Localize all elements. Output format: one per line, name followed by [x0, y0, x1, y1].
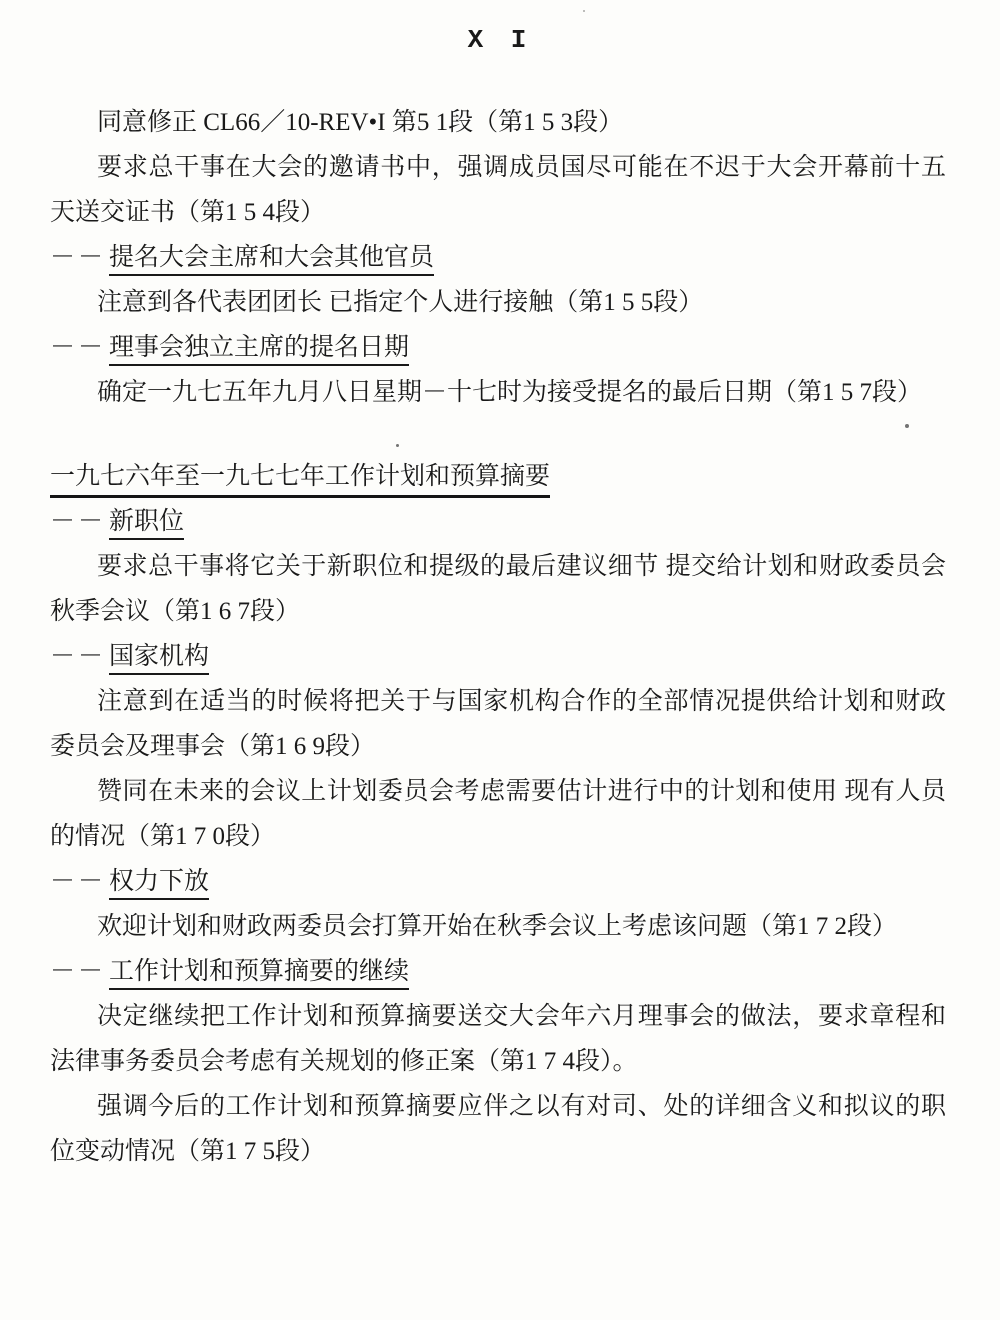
dash-prefix: －－ — [50, 958, 106, 985]
dash-heading: －－理事会独立主席的提名日期 — [50, 325, 946, 370]
page-number: X I — [0, 24, 1000, 56]
paragraph: 确定一九七五年九月八日星期－十七时为接受提名的最后日期（第1 5 7段） — [50, 370, 946, 415]
scan-speck — [396, 444, 399, 447]
paragraph: 要求总干事在大会的邀请书中，强调成员国尽可能在不迟于大会开幕前十五天送交证书（第… — [50, 145, 946, 235]
section-heading-title: 一九七六年至一九七七年工作计划和预算摘要 — [50, 463, 550, 498]
dash-prefix: －－ — [50, 508, 106, 535]
paragraph: 注意到在适当的时候将把关于与国家机构合作的全部情况提供给计划和财政委员会及理事会… — [50, 679, 946, 769]
dash-prefix: －－ — [50, 868, 106, 895]
paragraph: 要求总干事将它关于新职位和提级的最后建议细节 提交给计划和财政委员会秋季会议（第… — [50, 544, 946, 634]
scan-speck — [905, 424, 909, 428]
document-body: 同意修正 CL66／10-REV•I 第5 1段（第1 5 3段）要求总干事在大… — [50, 100, 946, 1174]
section-heading: 一九七六年至一九七七年工作计划和预算摘要 — [50, 454, 946, 499]
paragraph: 同意修正 CL66／10-REV•I 第5 1段（第1 5 3段） — [50, 100, 946, 145]
dash-prefix: －－ — [50, 643, 106, 670]
paragraph: 决定继续把工作计划和预算摘要送交大会年六月理事会的做法，要求章程和法律事务委员会… — [50, 994, 946, 1084]
scan-speck — [583, 10, 585, 12]
dash-heading-title: 新职位 — [109, 508, 184, 540]
dash-heading: －－新职位 — [50, 499, 946, 544]
dash-heading-title: 国家机构 — [109, 643, 209, 675]
dash-prefix: －－ — [50, 334, 106, 361]
dash-heading-title: 理事会独立主席的提名日期 — [109, 334, 409, 366]
paragraph: 欢迎计划和财政两委员会打算开始在秋季会议上考虑该问题（第1 7 2段） — [50, 904, 946, 949]
paragraph: 赞同在未来的会议上计划委员会考虑需要估计进行中的计划和使用 现有人员的情况（第1… — [50, 769, 946, 859]
paragraph: 强调今后的工作计划和预算摘要应伴之以有对司、处的详细含义和拟议的职位变动情况（第… — [50, 1084, 946, 1174]
dash-heading: －－权力下放 — [50, 859, 946, 904]
dash-heading-title: 工作计划和预算摘要的继续 — [109, 958, 409, 990]
scanned-document-page: X I 同意修正 CL66／10-REV•I 第5 1段（第1 5 3段）要求总… — [0, 0, 1000, 1320]
dash-heading: －－国家机构 — [50, 634, 946, 679]
dash-heading: －－提名大会主席和大会其他官员 — [50, 235, 946, 280]
dash-heading-title: 权力下放 — [109, 868, 209, 900]
dash-heading-title: 提名大会主席和大会其他官员 — [109, 244, 434, 276]
paragraph: 注意到各代表团团长 已指定个人进行接触（第1 5 5段） — [50, 280, 946, 325]
dash-heading: －－工作计划和预算摘要的继续 — [50, 949, 946, 994]
dash-prefix: －－ — [50, 244, 106, 271]
